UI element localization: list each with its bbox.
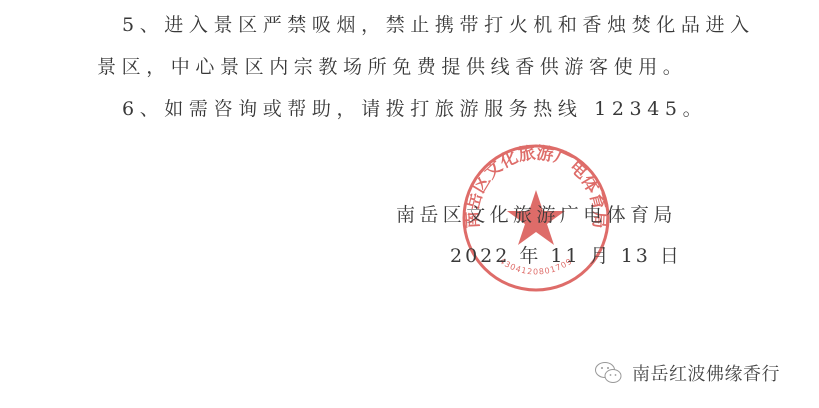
wechat-icon: [594, 360, 624, 386]
paragraph-item6-line1: 6、如需咨询或帮助，请拨打旅游服务热线 12345。: [122, 94, 707, 121]
paragraph-item5-line1: 5、进入景区严禁吸烟，禁止携带打火机和香烛焚化品进入: [122, 10, 755, 37]
issuing-organization: 南岳区文化旅游广电体育局: [396, 200, 677, 227]
account-name: 南岳红波佛缘香行: [632, 360, 780, 386]
paragraph-item5-line2: 景区，中心景区内宗教场所免费提供线香供游客使用。: [97, 52, 687, 79]
wechat-watermark: 南岳红波佛缘香行: [594, 360, 780, 386]
issue-date: 2022 年 11 月 13 日: [450, 241, 682, 268]
